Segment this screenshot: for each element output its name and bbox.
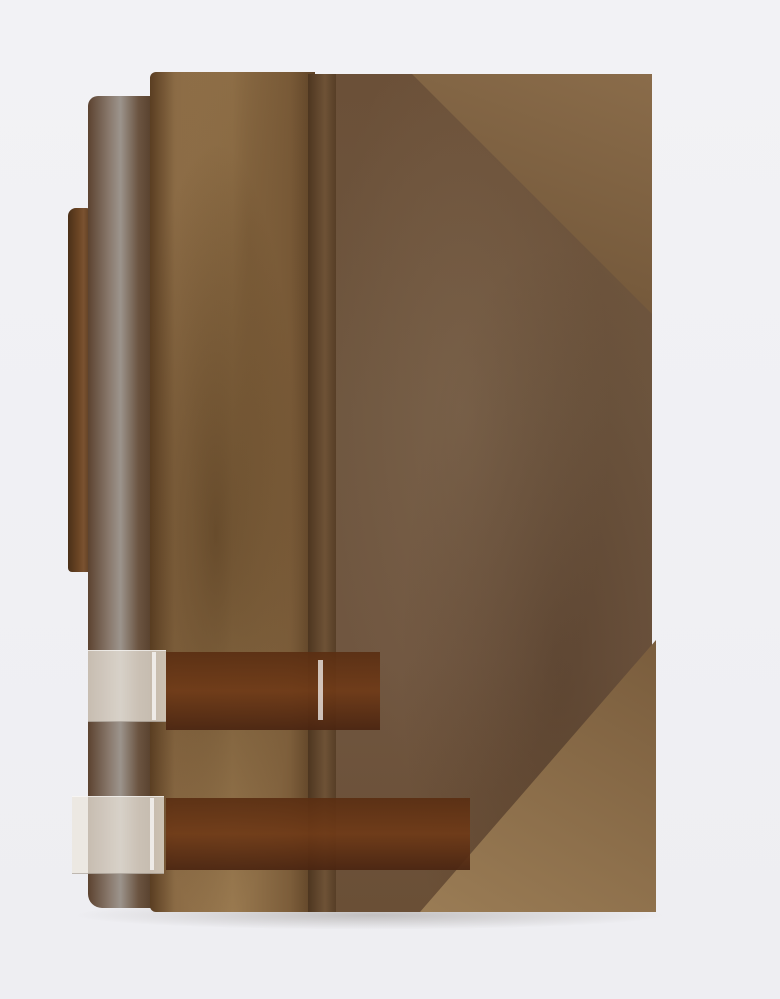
tape-glare [150,798,154,870]
book-spine [150,72,315,912]
tape-stain-upper [166,652,380,730]
tape-stain-lower [166,798,470,870]
tape-glare [318,660,323,720]
tape-glare [152,652,156,720]
